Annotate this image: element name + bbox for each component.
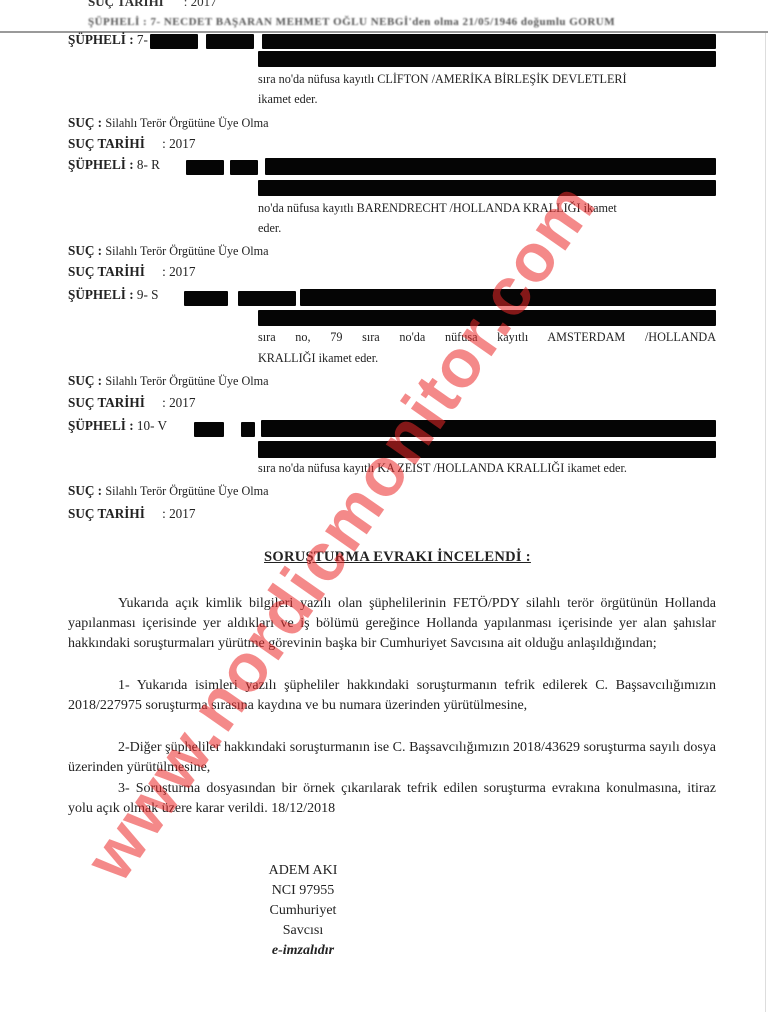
suspect-address: sıra no, 79 sıra no'da nüfusa kayıtlı AM… [258,330,716,345]
crime-date-value: : 2017 [162,506,195,521]
crime-date-line: SUÇ TARİHİ : 2017 [68,395,195,411]
redaction-bar [186,160,224,175]
redaction-bar [150,34,198,49]
suspect-label: ŞÜPHELİ : [68,32,134,47]
redaction-bar [241,422,255,437]
suspect-address: sıra no'da nüfusa kayıtlı KA ZEIST /HOLL… [258,461,627,476]
previous-crime-date-label: SUÇ TARİHİ [88,0,164,9]
crime-label: SUÇ : [68,373,102,388]
redaction-bar [206,34,254,49]
crime-line: SUÇ : Silahlı Terör Örgütüne Üye Olma [68,243,269,259]
suspect-10-line: ŞÜPHELİ : 10- V [68,418,167,434]
crime-label: SUÇ : [68,483,102,498]
page-edge [765,33,766,1012]
redaction-bar [261,420,716,437]
redaction-bar [194,422,224,437]
signer-title: Savcısı [248,921,358,941]
signer-id: NCI 97955 [248,881,358,901]
crime-date-line: SUÇ TARİHİ : 2017 [68,506,195,522]
redaction-bar [258,441,716,458]
crime-date-line: SUÇ TARİHİ : 2017 [68,136,195,152]
suspect-label: ŞÜPHELİ : [68,287,134,302]
crime-date-line: SUÇ TARİHİ : 2017 [68,264,195,280]
suspect-label: ŞÜPHELİ : [68,418,134,433]
suspect-address: sıra no'da nüfusa kayıtlı CLİFTON /AMERİ… [258,72,627,87]
decision-paragraph: Yukarıda açık kimlik bilgileri yazılı ol… [68,594,716,654]
crime-date-value: : 2017 [162,136,195,151]
crime-label: SUÇ : [68,115,102,130]
redaction-bar [265,158,716,175]
signer-title: Cumhuriyet [248,901,358,921]
decision-item-1: 1- Yukarıda isimleri yazılı şüpheliler h… [68,676,716,716]
paragraph-text: 1- Yukarıda isimleri yazılı şüpheliler h… [68,678,716,713]
crime-value: Silahlı Terör Örgütüne Üye Olma [105,484,268,498]
crime-line: SUÇ : Silahlı Terör Örgütüne Üye Olma [68,483,269,499]
suspect-number: 9- S [137,287,159,302]
suspect-8-line: ŞÜPHELİ : 8- R [68,157,160,173]
suspect-9-line: ŞÜPHELİ : 9- S [68,287,159,303]
redaction-bar [238,291,296,306]
previous-page-fragment: SUÇ TARİHİ: 2017 ŞÜPHELİ : 7- NECDET BAŞ… [0,0,768,32]
crime-value: Silahlı Terör Örgütüne Üye Olma [105,374,268,388]
crime-date-value: : 2017 [162,395,195,410]
previous-crime-date: SUÇ TARİHİ: 2017 [88,0,217,10]
suspect-7-line: ŞÜPHELİ : 7- N [68,32,161,48]
signature-block: ADEM AKI NCI 97955 Cumhuriyet Savcısı e-… [248,861,358,961]
paragraph-text: Yukarıda açık kimlik bilgileri yazılı ol… [68,596,716,651]
redaction-bar [258,310,716,326]
redaction-bar [300,289,716,306]
redaction-bar [258,51,716,67]
crime-line: SUÇ : Silahlı Terör Örgütüne Üye Olma [68,373,269,389]
crime-value: Silahlı Terör Örgütüne Üye Olma [105,116,268,130]
crime-value: Silahlı Terör Örgütüne Üye Olma [105,244,268,258]
crime-date-value: : 2017 [162,264,195,279]
suspect-number: 8- R [137,157,160,172]
crime-line: SUÇ : Silahlı Terör Örgütüne Üye Olma [68,115,269,131]
suspect-address: KRALLIĞI ikamet eder. [258,351,378,366]
previous-suspect-line: ŞÜPHELİ : 7- NECDET BAŞARAN MEHMET OĞLU … [88,16,615,28]
crime-date-label: SUÇ TARİHİ [68,264,145,279]
previous-crime-date-value: : 2017 [184,0,217,9]
section-heading: SORUŞTURMA EVRAKI İNCELENDİ : [264,549,531,566]
suspect-address: ikamet eder. [258,92,318,107]
suspect-number: 10- V [137,418,167,433]
suspect-address: eder. [258,221,281,236]
paragraph-text: 3- Soruşturma dosyasından bir örnek çıka… [68,781,716,816]
redaction-bar [184,291,228,306]
redaction-bar [262,34,716,49]
redaction-bar [258,180,716,196]
paragraph-text: 2-Diğer şüpheliler hakkındaki soruşturma… [68,740,716,775]
crime-date-label: SUÇ TARİHİ [68,136,145,151]
suspect-address-text: sıra no, 79 sıra no'da nüfusa kayıtlı AM… [258,330,716,345]
crime-date-label: SUÇ TARİHİ [68,395,145,410]
crime-label: SUÇ : [68,243,102,258]
e-signature-note: e-imzalıdır [248,941,358,961]
redaction-bar [230,160,258,175]
signer-name: ADEM AKI [248,861,358,881]
decision-item-3: 3- Soruşturma dosyasından bir örnek çıka… [68,779,716,819]
crime-date-label: SUÇ TARİHİ [68,506,145,521]
suspect-label: ŞÜPHELİ : [68,157,134,172]
suspect-address: no'da nüfusa kayıtlı BARENDRECHT /HOLLAN… [258,201,617,216]
decision-item-2: 2-Diğer şüpheliler hakkındaki soruşturma… [68,738,716,778]
